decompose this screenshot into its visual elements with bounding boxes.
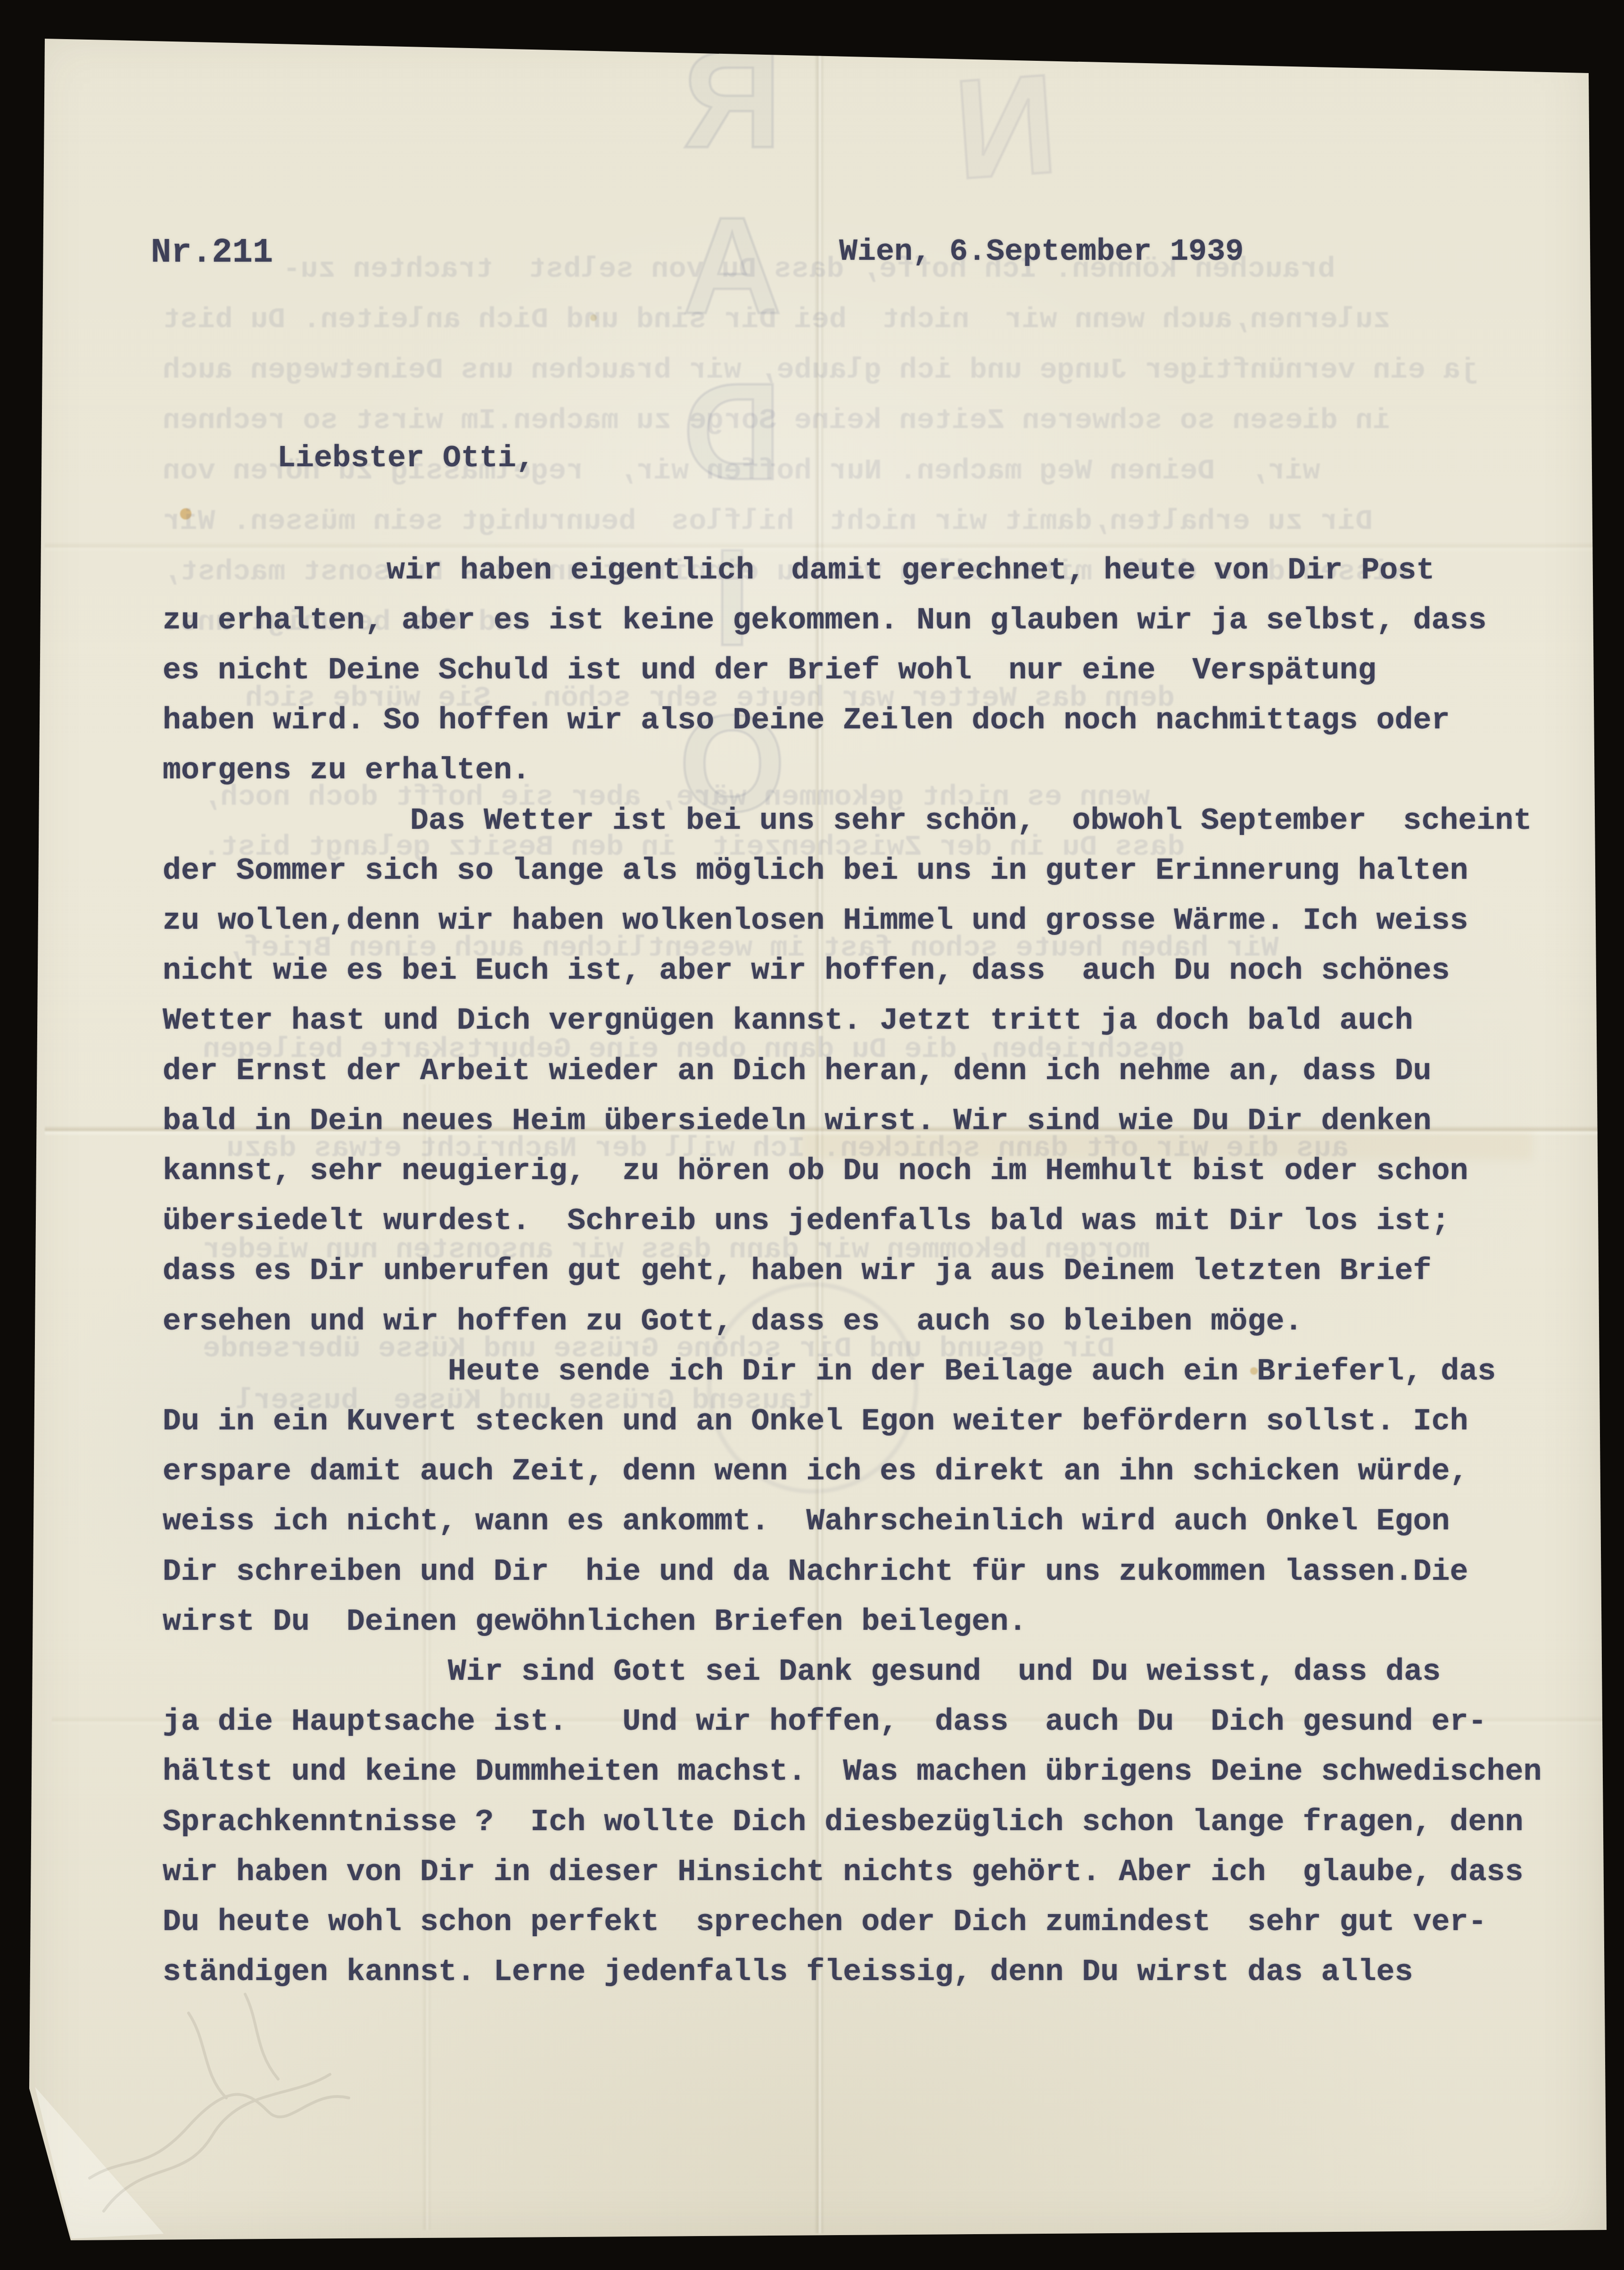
letter-line: zu wollen,denn wir haben wolkenlosen Him… (163, 906, 1468, 936)
letter-line: Sprachkenntnisse ? Ich wollte Dich diesb… (163, 1807, 1523, 1838)
letter-line: ja die Hauptsache ist. Und wir hoffen, d… (163, 1707, 1486, 1737)
letter-line: ersehen und wir hoffen zu Gott, dass es … (163, 1306, 1302, 1337)
letter-line: Du heute wohl schon perfekt sprechen ode… (163, 1907, 1486, 1938)
letter-line: kannst, sehr neugierig, zu hören ob Du n… (163, 1156, 1468, 1187)
letter-line: ständigen kannst. Lerne jedenfalls fleis… (163, 1957, 1413, 1988)
letter-line: Wir sind Gott sei Dank gesund und Du wei… (448, 1657, 1441, 1687)
horizontal-crease-faint-upper (45, 542, 1596, 553)
letter-line: haben wird. So hoffen wir also Deine Zei… (163, 705, 1450, 736)
letter-line: übersiedelt wurdest. Schreib uns jedenfa… (163, 1206, 1450, 1237)
scan-background: { "scan": { "background_color": "#0d0b08… (0, 0, 1624, 2270)
letter-line: der Sommer sich so lange als möglich bei… (163, 856, 1468, 886)
letter-line: zu erhalten, aber es ist keine gekommen.… (163, 605, 1486, 636)
bleedthrough-line: ja ein vernünftiger Junge und ich glaube… (163, 355, 1478, 385)
bleedthrough-line: zulernen,auch wenn wir nicht bei Dir sin… (163, 305, 1390, 334)
letter-line: Wetter hast und Dich vergnügen kannst. J… (163, 1006, 1413, 1036)
letter-line: wir haben eigentlich damit gerechnet, he… (387, 555, 1434, 586)
letter-line: bald in Dein neues Heim übersiedeln wirs… (163, 1106, 1431, 1137)
letter-line: nicht wie es bei Euch ist, aber wir hoff… (163, 956, 1450, 986)
letter-line: wir haben von Dir in dieser Hinsicht nic… (163, 1857, 1523, 1888)
letter-line: Heute sende ich Dir in der Beilage auch … (448, 1356, 1496, 1387)
bleedthrough-stamp-glyph: N (949, 41, 1062, 211)
bleedthrough-line: in diesen so schweren Zeiten keine Sorge… (163, 406, 1390, 435)
letter-line: dass es Dir unberufen gut geht, haben wi… (163, 1256, 1431, 1287)
bleedthrough-line: brauchen können. Ich hoffe, dass Du von … (283, 255, 1335, 284)
bleedthrough-line: wir, Deinen Weg machen. Nur hoffen wir, … (163, 456, 1320, 486)
letter-line: wirst Du Deinen gewöhnlichen Briefen bei… (163, 1607, 1027, 1637)
letter-line: weiss ich nicht, wann es ankommt. Wahrsc… (163, 1506, 1450, 1537)
letter-line: erspare damit auch Zeit, denn wenn ich e… (163, 1456, 1468, 1487)
letter-number: Nr.211 (151, 236, 273, 270)
paper-sheet: RADIO N Nr.211 Wien, 6.September 1939 Li… (0, 0, 1624, 2270)
letter-line: Dir schreiben und Dir hie und da Nachric… (163, 1557, 1468, 1587)
letter-line: der Ernst der Arbeit wieder an Dich hera… (163, 1056, 1431, 1087)
letter-line: hältst und keine Dummheiten machst. Was … (163, 1757, 1542, 1787)
pencil-mark (47, 1956, 448, 2258)
letter-line: es nicht Deine Schuld ist und der Brief … (163, 655, 1376, 686)
letter-line: Du in ein Kuvert stecken und an Onkel Eg… (163, 1406, 1468, 1437)
letter-line: morgens zu erhalten. (163, 755, 530, 786)
bleedthrough-line: Dir zu erhalten,damit wir nicht hilflos … (163, 507, 1373, 536)
letter-line: Das Wetter ist bei uns sehr schön, obwoh… (410, 806, 1532, 836)
